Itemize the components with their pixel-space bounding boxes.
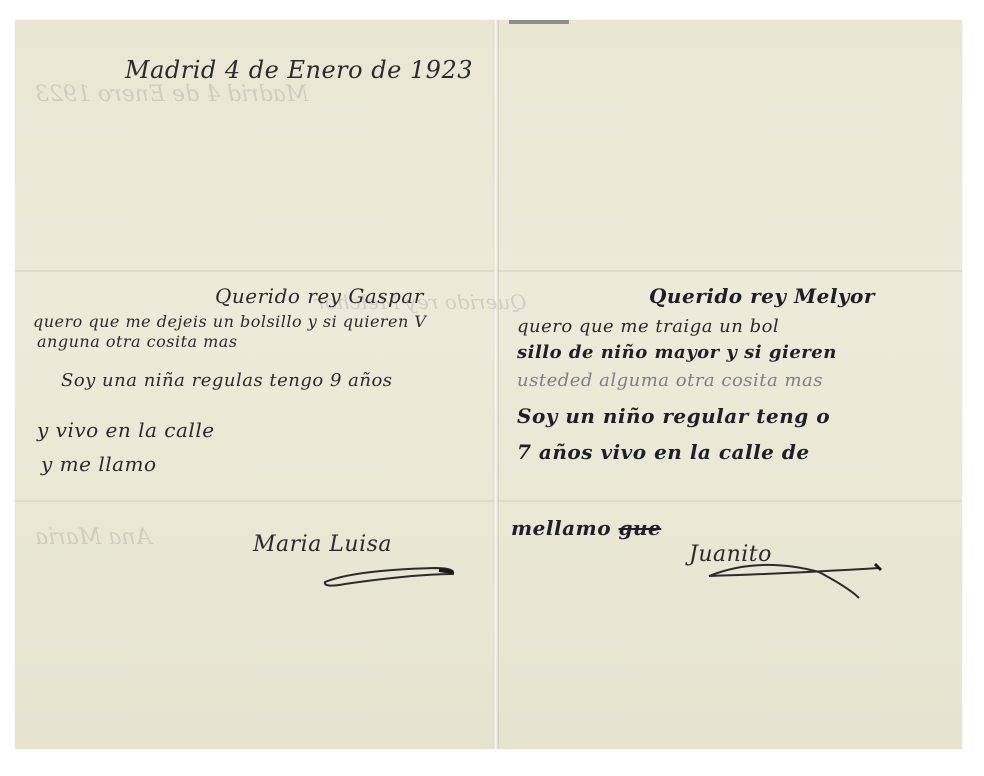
- left-page: Madrid 4 de Enero 1923 Querido rey Melch…: [15, 20, 493, 749]
- signature-flourish-icon: [699, 560, 899, 610]
- bleed-through-signature: Ana Maria: [35, 525, 151, 550]
- letter-line-4: y vivo en la calle: [37, 418, 215, 442]
- closing: mellamo gue: [511, 516, 661, 540]
- bleed-through-dateline: Madrid 4 de Enero 1923: [35, 82, 308, 107]
- letter-sheet: Madrid 4 de Enero 1923 Querido rey Melch…: [15, 20, 962, 749]
- salutation: Querido rey Gaspar: [215, 284, 424, 308]
- salutation: Querido rey Melyor: [649, 284, 875, 308]
- letter-line-3: usteded alguma otra cosita mas: [517, 370, 823, 391]
- dateline: Madrid 4 de Enero de 1923: [125, 56, 473, 84]
- letter-line-3: Soy una niña regulas tengo 9 años: [61, 370, 393, 391]
- letter-line-1: quero que me dejeis un bolsillo y si qui…: [33, 312, 426, 331]
- letter-line-5: y me llamo: [41, 452, 157, 476]
- letter-line-4: Soy un niño regular teng o: [517, 404, 830, 428]
- closing-text: mellamo: [511, 516, 611, 540]
- signature: Maria Luisa: [253, 532, 392, 557]
- letter-line-5: 7 años vivo en la calle de: [517, 440, 810, 464]
- letter-line-2: anguna otra cosita mas: [37, 332, 238, 351]
- letter-line-2: sillo de niño mayor y si gieren: [517, 342, 837, 363]
- letter-line-1: quero que me traiga un bol: [517, 316, 779, 337]
- right-page: Querido rey Melyor quero que me traiga u…: [499, 20, 962, 749]
- struck-word: gue: [619, 516, 662, 540]
- signature-flourish-icon: [315, 560, 465, 590]
